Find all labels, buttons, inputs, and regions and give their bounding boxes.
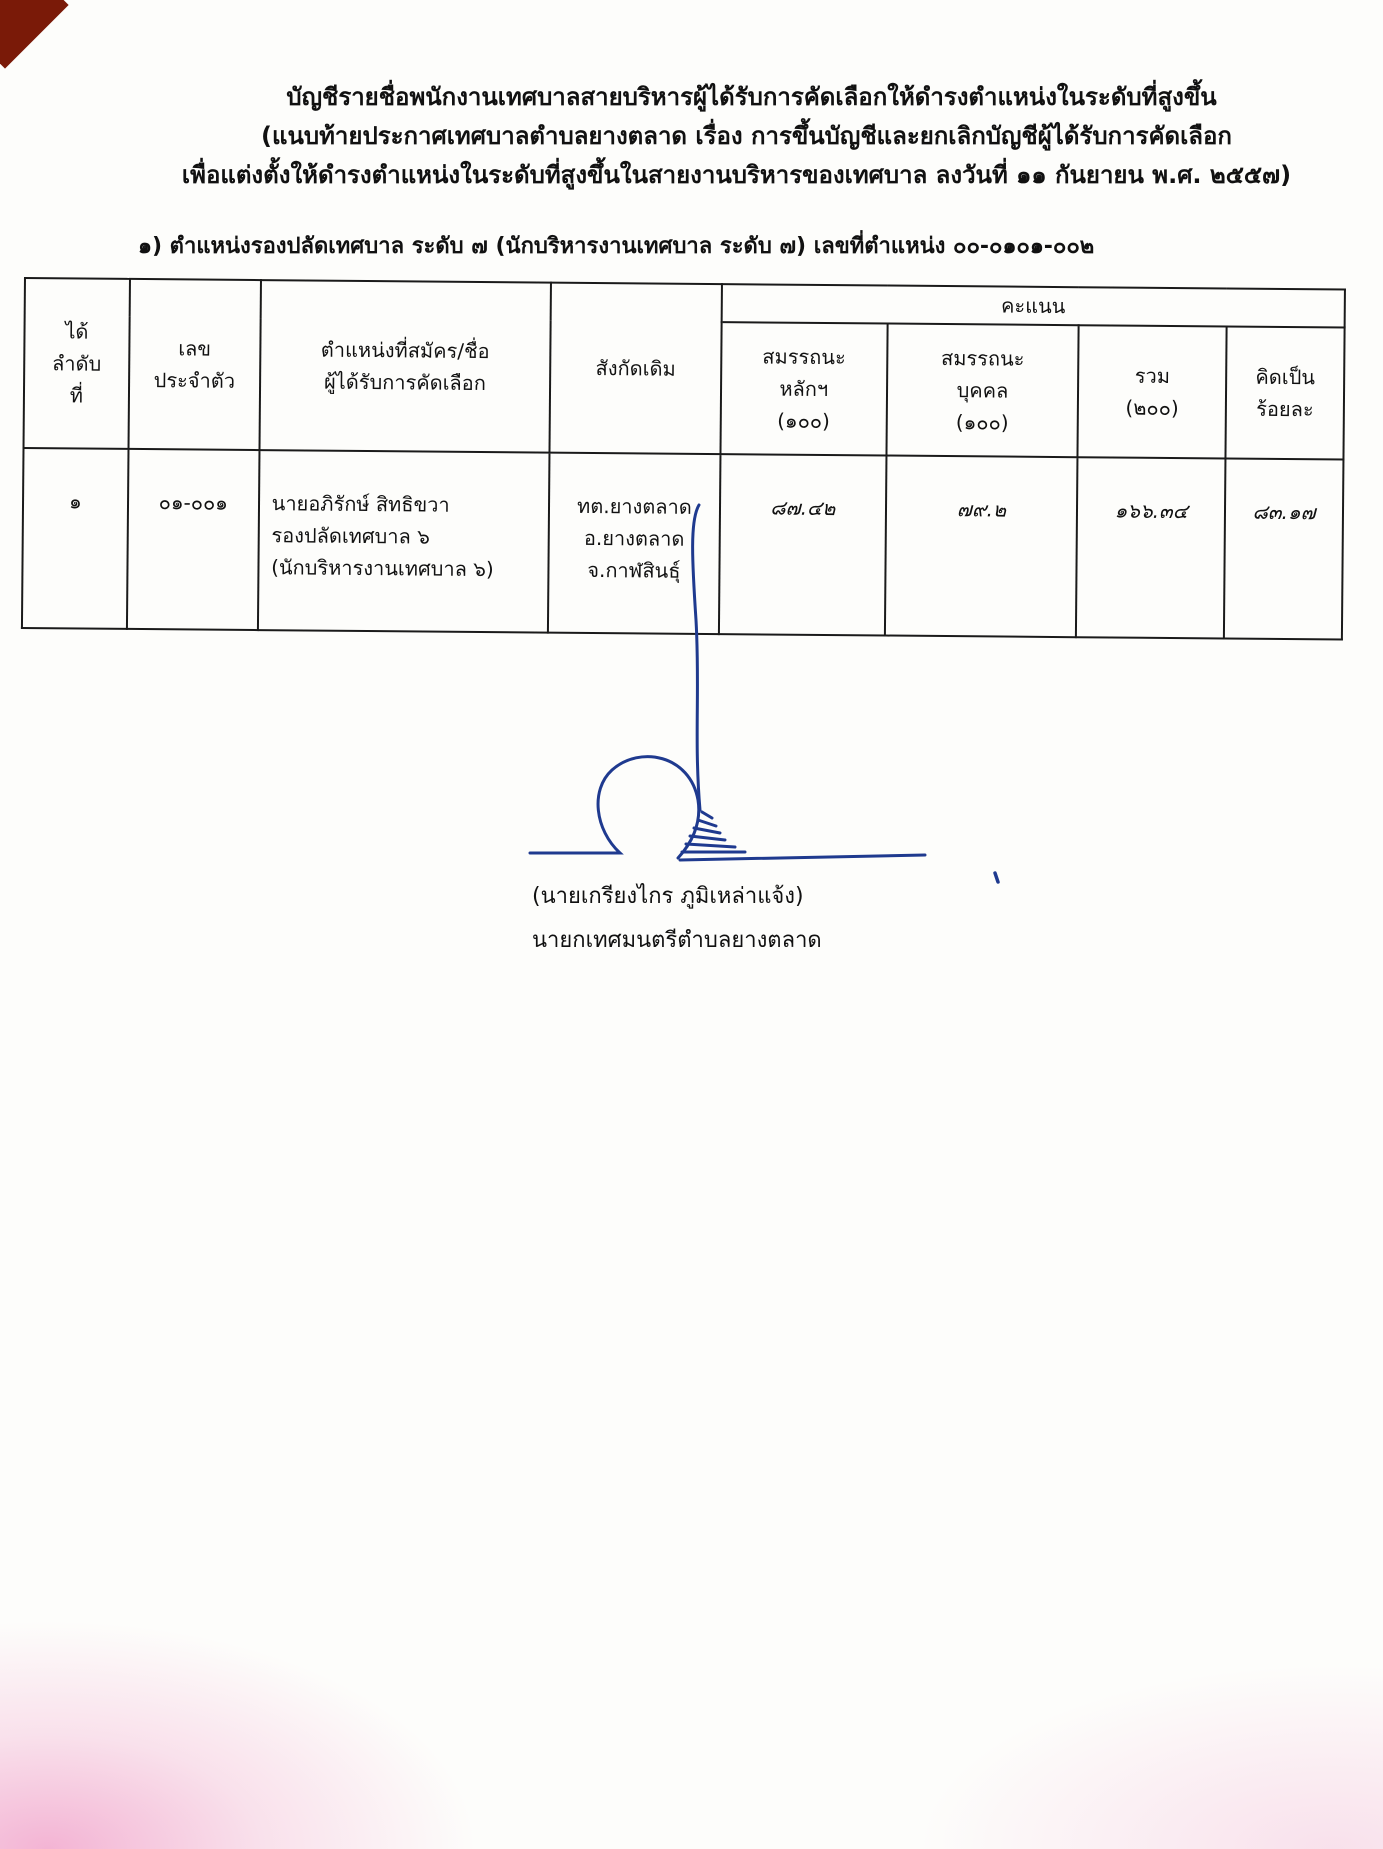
header-id: เลข ประจำตัว — [128, 279, 260, 450]
header-percent: คิดเป็น ร้อยละ — [1226, 326, 1345, 459]
title-line-1: บัญชีรายชื่อพนักงานเทศบาลสายบริหารผู้ได้… — [0, 78, 1383, 117]
header-affiliation: สังกัดเดิม — [550, 283, 722, 454]
header-total: รวม (๒๐๐) — [1078, 325, 1227, 458]
table-row: ๑ ๐๑-๐๐๑ นายอภิรักษ์ สิทธิขวา รองปลัดเทศ… — [22, 448, 1344, 640]
header-core-competency: สมรรถนะ หลักฯ (๑๐๐) — [720, 322, 887, 455]
header-rank: ได้ ลำดับ ที่ — [24, 278, 130, 449]
cell-percent: ๘๓.๑๗ — [1224, 458, 1343, 639]
scan-noise — [883, 1649, 1383, 1849]
cell-personal-competency: ๗๙.๒ — [885, 455, 1078, 637]
selection-table: ได้ ลำดับ ที่ เลข ประจำตัว ตำแหน่งที่สมั… — [21, 277, 1346, 641]
scan-noise — [0, 1619, 480, 1849]
header-score-group: คะแนน — [721, 284, 1344, 327]
cell-affiliation: ทต.ยางตลาด อ.ยางตลาด จ.กาฬสินธุ์ — [548, 452, 720, 634]
header-personal-competency: สมรรถนะ บุคคล (๑๐๐) — [886, 324, 1079, 457]
section-heading: ๑) ตำแหน่งรองปลัดเทศบาล ระดับ ๗ (นักบริห… — [138, 228, 1094, 263]
cell-rank: ๑ — [22, 448, 128, 629]
document-title: บัญชีรายชื่อพนักงานเทศบาลสายบริหารผู้ได้… — [0, 78, 1383, 195]
scan-edge-artifact — [0, 0, 69, 69]
cell-position-name: นายอภิรักษ์ สิทธิขวา รองปลัดเทศบาล ๖ (นั… — [258, 450, 550, 633]
cell-core-competency: ๘๗.๔๒ — [719, 454, 886, 636]
cell-total: ๑๖๖.๓๔ — [1076, 457, 1225, 639]
signatory-title: นายกเทศมนตรีตำบลยางตลาด — [532, 922, 822, 957]
header-position-name: ตำแหน่งที่สมัคร/ชื่อ ผู้ได้รับการคัดเลือ… — [259, 280, 551, 452]
title-line-3: เพื่อแต่งตั้งให้ดำรงตำแหน่งในระดับที่สูง… — [0, 156, 1383, 195]
cell-id: ๐๑-๐๐๑ — [127, 449, 259, 630]
signatory-name: (นายเกรียงไกร ภูมิเหล่าแจ้ง) — [532, 878, 804, 913]
title-line-2: (แนบท้ายประกาศเทศบาลตำบลยางตลาด เรื่อง ก… — [0, 117, 1383, 156]
